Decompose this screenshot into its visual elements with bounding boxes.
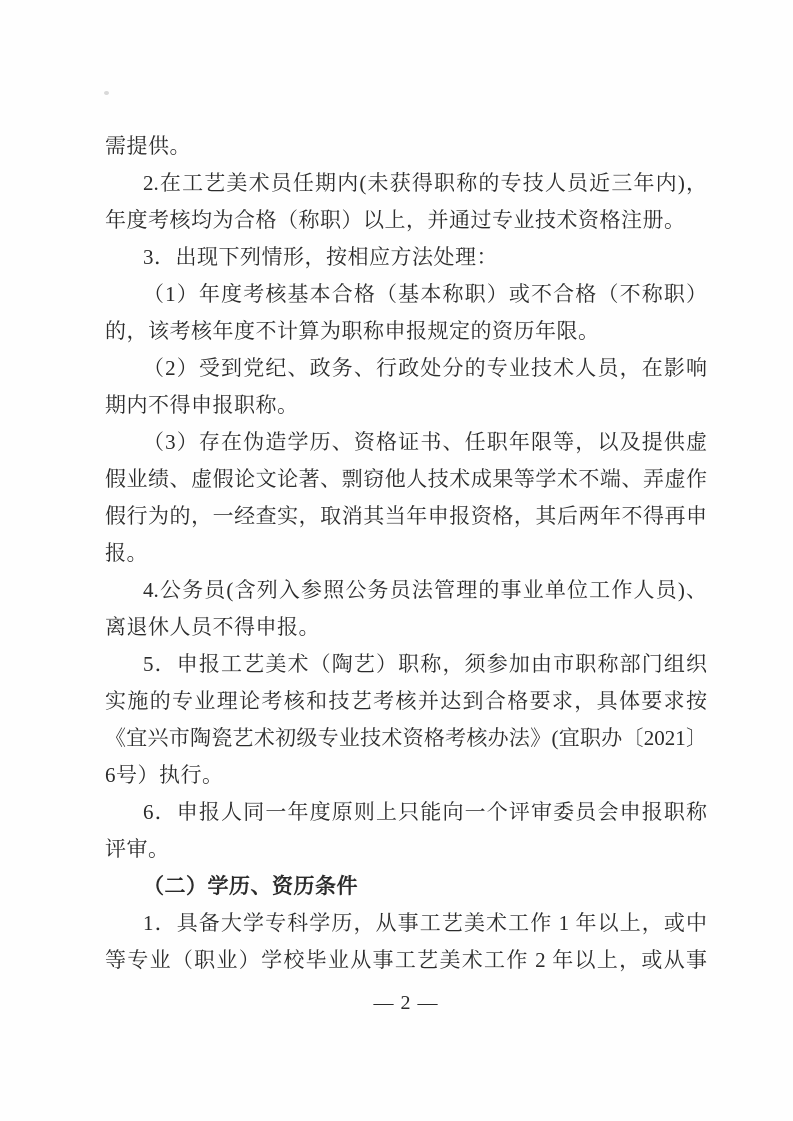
text-line: 期内不得申报职称。 xyxy=(105,387,707,424)
text-line: （二）学历、资历条件 xyxy=(105,868,707,905)
text-line: 假行为的，一经查实，取消其当年申报资格，其后两年不得再申 xyxy=(105,498,707,535)
text-line: 2.在工艺美术员任期内(未获得职称的专技人员近三年内)， xyxy=(105,165,707,202)
text-line: 年度考核均为合格（称职）以上，并通过专业技术资格注册。 xyxy=(105,202,707,239)
text-line: （3）存在伪造学历、资格证书、任职年限等，以及提供虚 xyxy=(105,424,707,461)
document-body: 需提供。2.在工艺美术员任期内(未获得职称的专技人员近三年内)，年度考核均为合格… xyxy=(105,128,707,979)
text-line: 5．申报工艺美术（陶艺）职称，须参加由市职称部门组织 xyxy=(105,646,707,683)
text-line: 6．申报人同一年度原则上只能向一个评审委员会申报职称 xyxy=(105,794,707,831)
text-line: 3．出现下列情形，按相应方法处理： xyxy=(105,239,707,276)
text-line: 假业绩、虚假论文论著、剽窃他人技术成果等学术不端、弄虚作 xyxy=(105,461,707,498)
text-line: 4.公务员(含列入参照公务员法管理的事业单位工作人员)、 xyxy=(105,572,707,609)
text-line: 1．具备大学专科学历，从事工艺美术工作 1 年以上，或中 xyxy=(105,905,707,942)
text-line: （1）年度考核基本合格（基本称职）或不合格（不称职） xyxy=(105,276,707,313)
document-page: 需提供。2.在工艺美术员任期内(未获得职称的专技人员近三年内)，年度考核均为合格… xyxy=(0,0,793,1121)
text-line: 的，该考核年度不计算为职称申报规定的资历年限。 xyxy=(105,313,707,350)
text-line: （2）受到党纪、政务、行政处分的专业技术人员，在影响 xyxy=(105,350,707,387)
text-line: 需提供。 xyxy=(105,128,707,165)
page-number: — 2 — xyxy=(105,988,707,1018)
text-line: 等专业（职业）学校毕业从事工艺美术工作 2 年以上，或从事 xyxy=(105,942,707,979)
text-line: 评审。 xyxy=(105,831,707,868)
text-line: 报。 xyxy=(105,535,707,572)
text-line: 《宜兴市陶瓷艺术初级专业技术资格考核办法》(宜职办〔2021〕 xyxy=(105,720,707,757)
text-line: 离退休人员不得申报。 xyxy=(105,609,707,646)
scan-artifact xyxy=(104,91,109,95)
text-line: 实施的专业理论考核和技艺考核并达到合格要求，具体要求按 xyxy=(105,683,707,720)
text-line: 6号）执行。 xyxy=(105,757,707,794)
